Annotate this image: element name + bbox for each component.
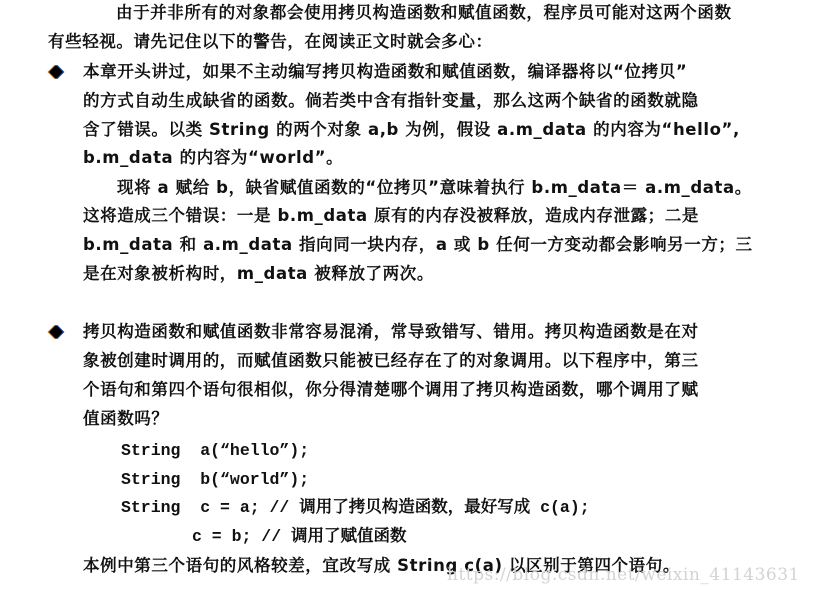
code-line-1: String a(“hello”); bbox=[121, 441, 309, 461]
bullet1-line-1: 本章开头讲过，如果不主动编写拷贝构造函数和赋值函数，编译器将以“位拷贝” bbox=[83, 62, 687, 82]
bullet1-para2-line-2: 这将造成三个错误：一是 b.m_data 原有的内存没被释放，造成内存泄露；二是 bbox=[83, 206, 699, 226]
watermark-text: https://blog.csdn.net/weixin_41143631 bbox=[447, 565, 800, 585]
bullet1-line-4: b.m_data 的内容为“world”。 bbox=[83, 148, 343, 168]
code-line-2: String b(“world”); bbox=[121, 470, 309, 490]
bullet1-line-3: 含了错误。以类 String 的两个对象 a,b 为例，假设 a.m_data … bbox=[83, 120, 740, 140]
bullet1-para2-line-3: b.m_data 和 a.m_data 指向同一块内存，a 或 b 任何一方变动… bbox=[83, 235, 753, 255]
bullet2-line-3: 个语句和第四个语句很相似，你分得清楚哪个调用了拷贝构造函数，哪个调用了赋 bbox=[83, 380, 699, 400]
code-line-4: c = b; // 调用了赋值函数 bbox=[192, 527, 407, 547]
bullet1-para2-line-4: 是在对象被析构时，m_data 被释放了两次。 bbox=[83, 264, 434, 284]
bullet2-line-2: 象被创建时调用的，而赋值函数只能被已经存在了的对象调用。以下程序中，第三 bbox=[83, 351, 699, 371]
bullet2-line-4: 值函数吗？ bbox=[83, 409, 169, 429]
diamond-bullet-icon bbox=[49, 65, 63, 79]
bullet1-para2-line-1: 现将 a 赋给 b，缺省赋值函数的“位拷贝”意味着执行 b.m_data＝ a.… bbox=[117, 178, 752, 198]
bullet2-line-1: 拷贝构造函数和赋值函数非常容易混淆，常导致错写、错用。拷贝构造函数是在对 bbox=[83, 322, 699, 342]
intro-line-2: 有些轻视。请先记住以下的警告，在阅读正文时就会多心： bbox=[48, 32, 493, 52]
bullet1-line-2: 的方式自动生成缺省的函数。倘若类中含有指针变量，那么这两个缺省的函数就隐 bbox=[83, 91, 699, 111]
intro-line-1: 由于并非所有的对象都会使用拷贝构造函数和赋值函数，程序员可能对这两个函数 bbox=[116, 3, 732, 23]
code-line-3: String c = a; // 调用了拷贝构造函数，最好写成 c(a); bbox=[121, 498, 590, 518]
diamond-bullet-icon bbox=[49, 325, 63, 339]
